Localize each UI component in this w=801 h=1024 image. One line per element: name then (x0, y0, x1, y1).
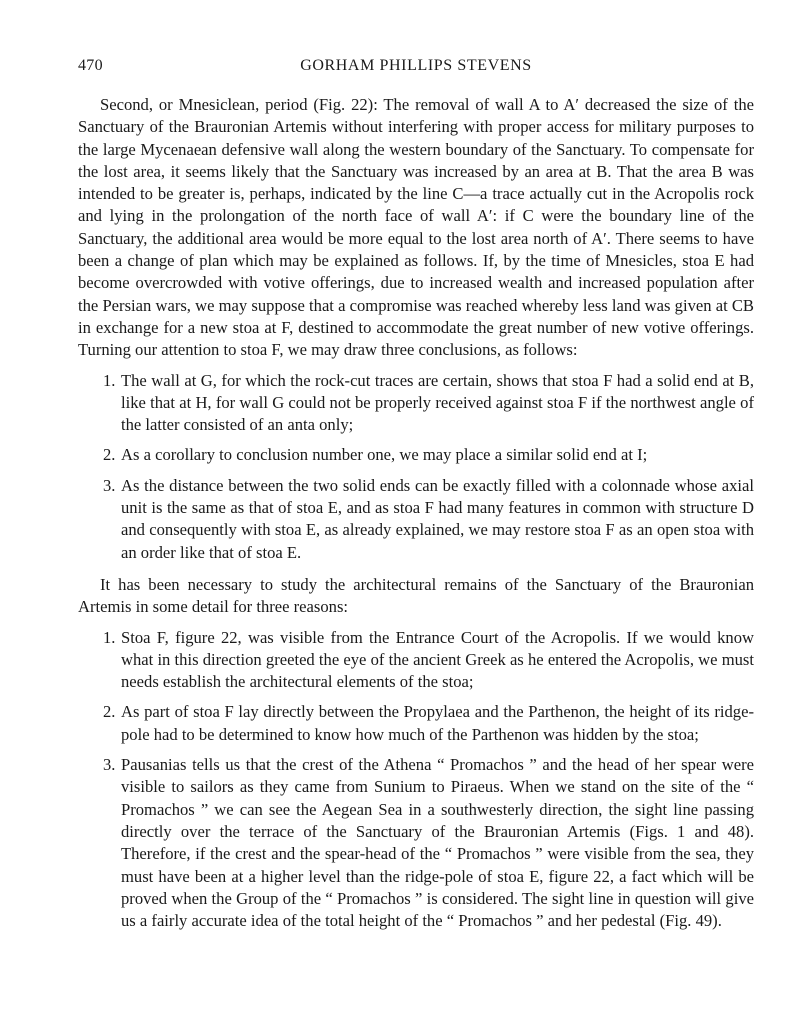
list-number: 3. (103, 475, 115, 497)
list-item: 2. As part of stoa F lay directly betwee… (78, 701, 754, 746)
list-number: 2. (103, 701, 115, 723)
list-item: 3. As the distance between the two solid… (78, 475, 754, 564)
running-head: GORHAM PHILLIPS STEVENS (78, 57, 754, 75)
list-item-text: Pausanias tells us that the crest of the… (121, 755, 754, 930)
list-number: 2. (103, 444, 115, 466)
paragraph-reasons-intro: It has been necessary to study the archi… (78, 574, 754, 619)
list-item-text: The wall at G, for which the rock-cut tr… (121, 371, 754, 435)
list-item: 3. Pausanias tells us that the crest of … (78, 754, 754, 932)
list-item-text: As part of stoa F lay directly between t… (121, 702, 754, 743)
conclusions-list: 1. The wall at G, for which the rock-cut… (78, 370, 754, 564)
body-text: Second, or Mnesiclean, period (Fig. 22):… (78, 94, 754, 932)
list-item-text: Stoa F, figure 22, was visible from the … (121, 628, 754, 692)
page-header: 470 GORHAM PHILLIPS STEVENS (78, 57, 754, 79)
list-item: 2. As a corollary to conclusion number o… (78, 444, 754, 466)
list-item-text: As the distance between the two solid en… (121, 476, 754, 562)
list-item-text: As a corollary to conclusion number one,… (121, 445, 647, 464)
list-number: 3. (103, 754, 115, 776)
paragraph-mnesiclean-period: Second, or Mnesiclean, period (Fig. 22):… (78, 94, 754, 362)
list-number: 1. (103, 370, 115, 392)
list-item: 1. The wall at G, for which the rock-cut… (78, 370, 754, 437)
list-number: 1. (103, 627, 115, 649)
reasons-list: 1. Stoa F, figure 22, was visible from t… (78, 627, 754, 933)
document-page: 470 GORHAM PHILLIPS STEVENS Second, or M… (0, 0, 801, 1024)
list-item: 1. Stoa F, figure 22, was visible from t… (78, 627, 754, 694)
